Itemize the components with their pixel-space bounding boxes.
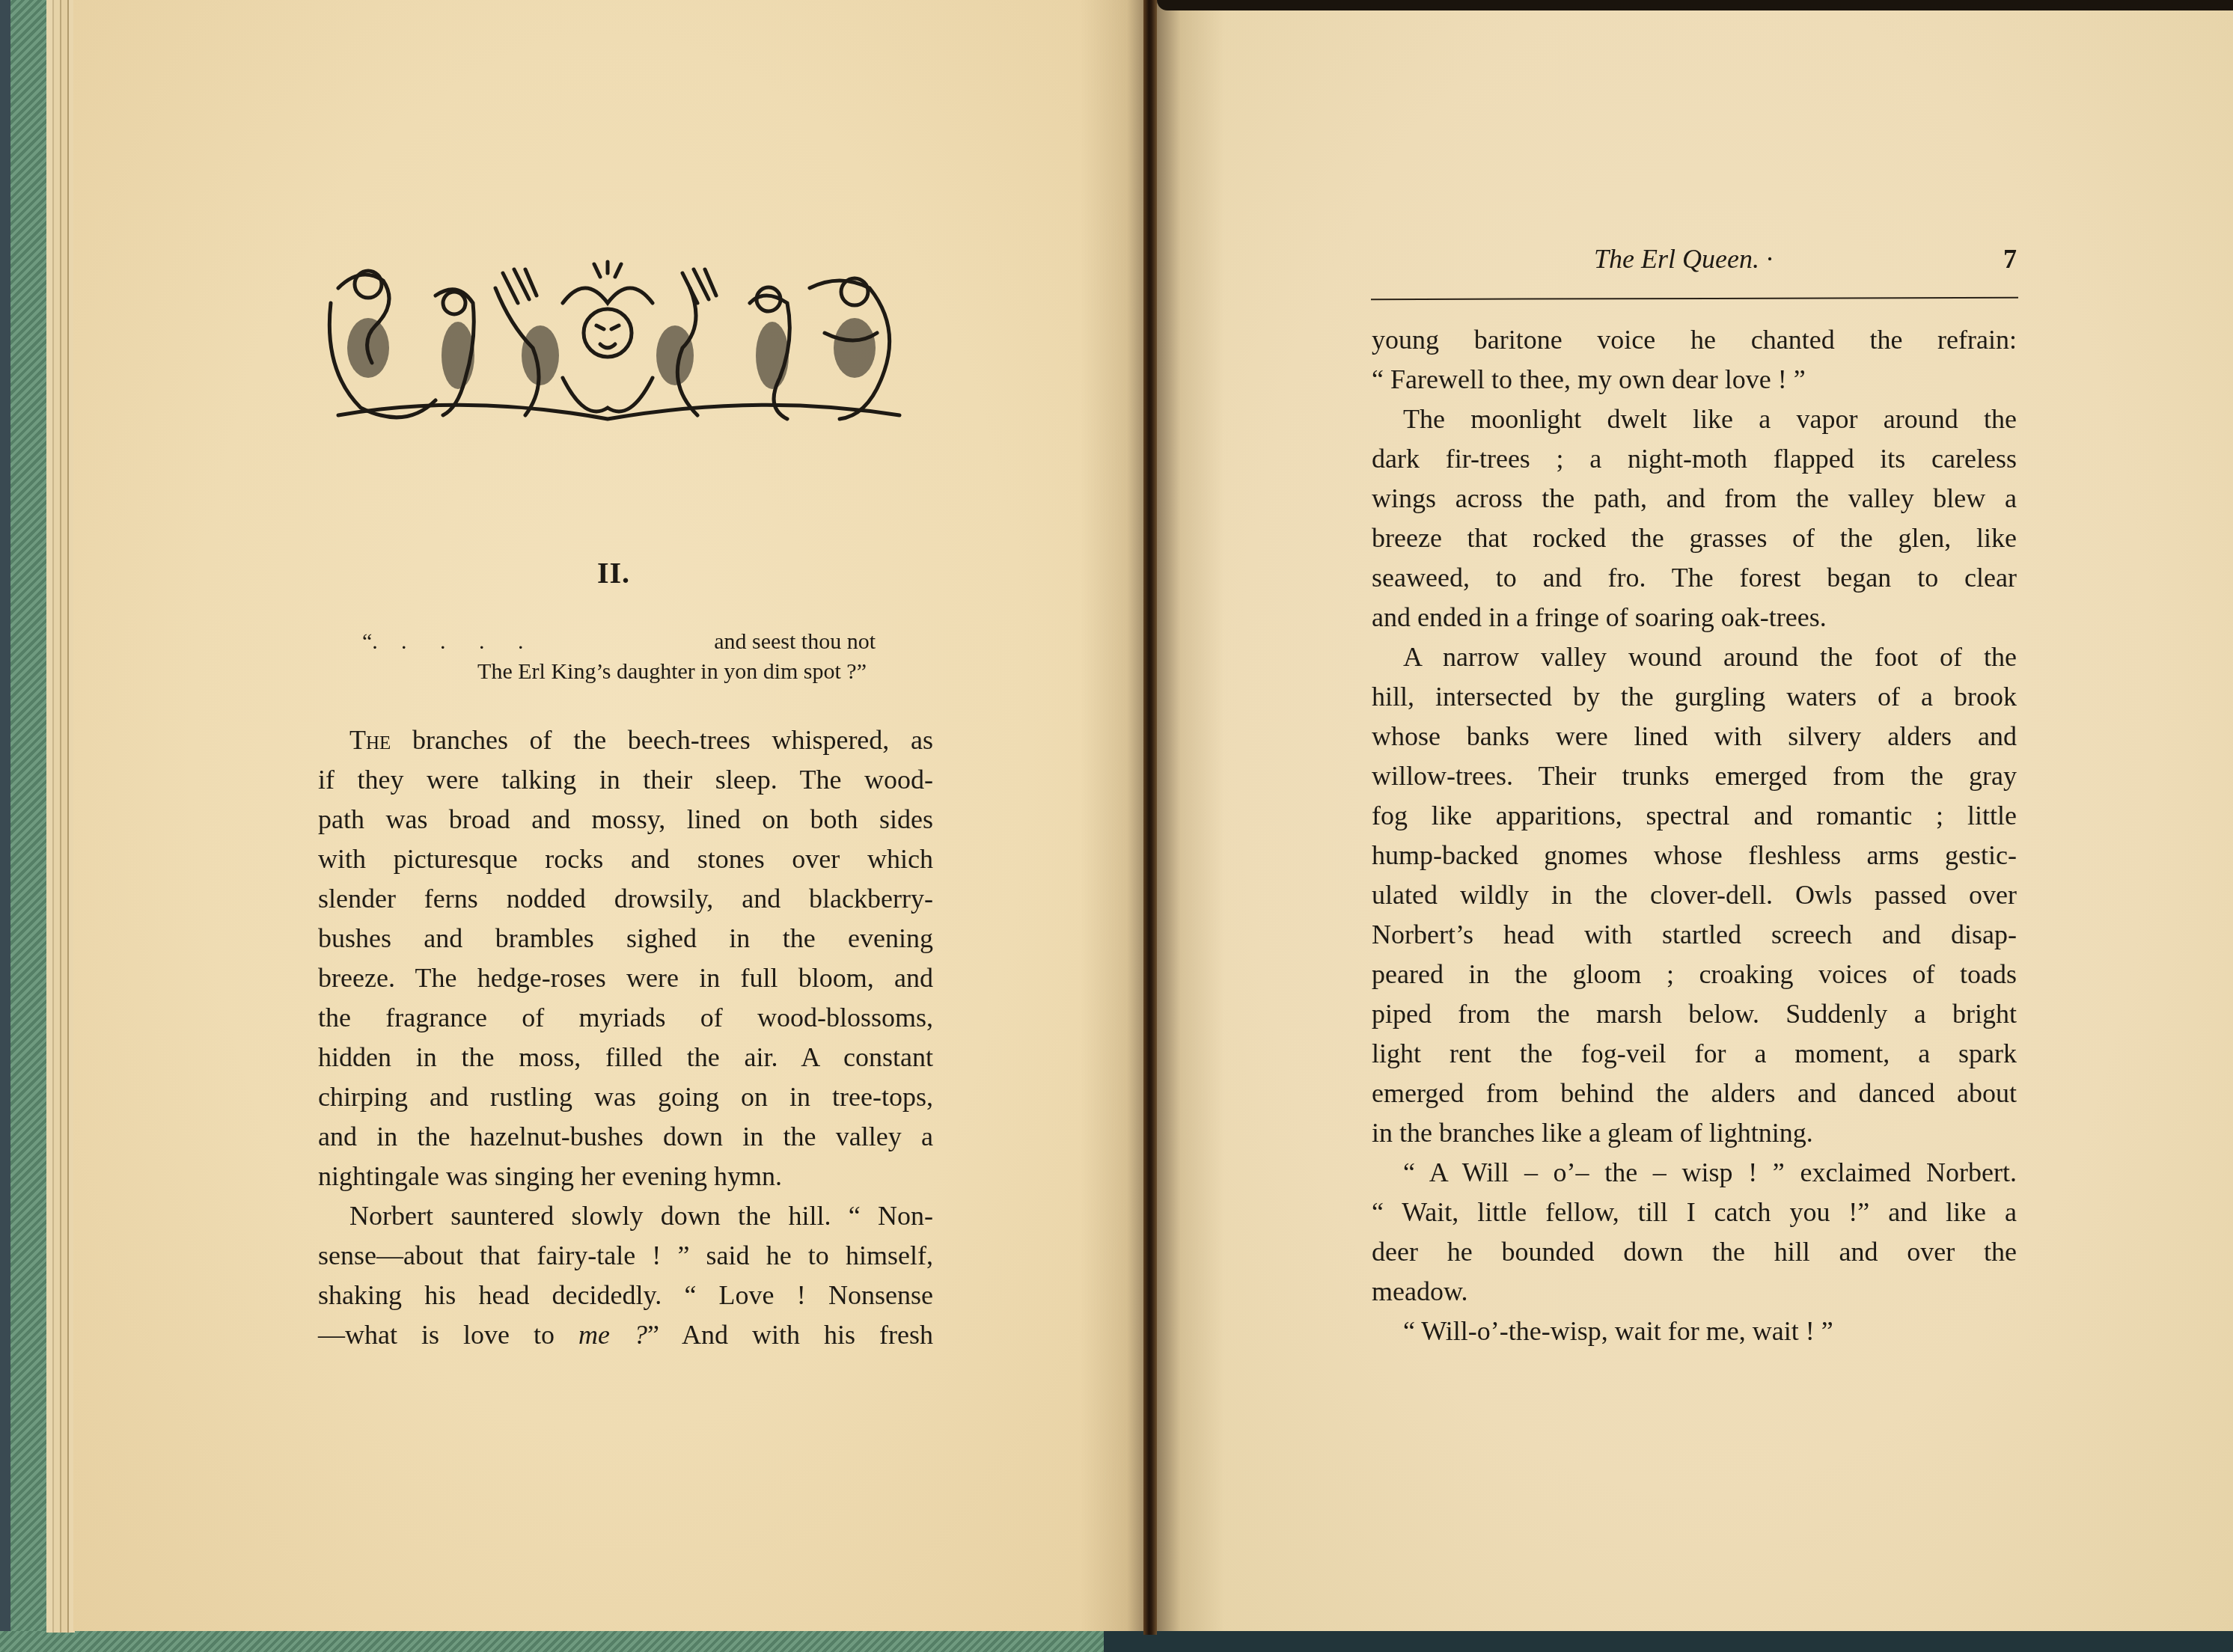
text-line: bushes and brambles sighed in the evenin… (318, 919, 933, 958)
text-line: seaweed, to and fro. The forest began to… (1372, 558, 2017, 598)
book-cover-cloth-bottom (0, 1631, 1104, 1652)
text-line: shaking his head decidedly. “ Love ! Non… (318, 1276, 933, 1315)
text-line: with picturesque rocks and stones over w… (318, 839, 933, 879)
text-line: —what is love to me ?” And with his fres… (318, 1315, 933, 1355)
running-head-title: The Erl Queen. · (1594, 243, 1773, 275)
text-line: chirping and rustling was going on in tr… (318, 1077, 933, 1117)
text-line: whose banks were lined with silvery alde… (1372, 717, 2017, 756)
book-cover-cloth-left (0, 0, 52, 1652)
text-line: hill, intersected by the gurgling waters… (1372, 677, 2017, 717)
text-line: hidden in the moss, filled the air. A co… (318, 1038, 933, 1077)
scan-background-bottom (1104, 1630, 2233, 1652)
text-line: The moonlight dwelt like a vapor around … (1372, 400, 2017, 439)
text-line: light rent the fog-veil for a moment, a … (1372, 1034, 2017, 1074)
right-page-body: young baritone voice he chanted the refr… (1372, 320, 2017, 1351)
epigraph-ellipsis: “..... (362, 627, 557, 657)
running-head: The Erl Queen. · 7 (1373, 243, 2017, 281)
text-line: meadow. (1372, 1272, 2017, 1312)
page-number: 7 (2003, 243, 2017, 275)
emphasis: me ? (578, 1320, 647, 1350)
chapter-number: II. (0, 555, 1227, 590)
text-line: young baritone voice he chanted the refr… (1372, 320, 2017, 360)
drop-word: The (349, 725, 391, 755)
text-line: breeze. The hedge-roses were in full blo… (318, 958, 933, 998)
left-page-body: The branches of the beech-trees whispere… (318, 721, 933, 1355)
text-line: emerged from behind the alders and dance… (1372, 1074, 2017, 1113)
text-line: hump-backed gnomes whose fleshless arms … (1372, 836, 2017, 875)
text-line: Norbert’s head with startled screech and… (1372, 915, 2017, 955)
epigraph: “..... and seest thou not The Erl King’s… (352, 627, 876, 687)
text-line: peared in the gloom ; croaking voices of… (1372, 955, 2017, 994)
text-line: Norbert sauntered slowly down the hill. … (318, 1196, 933, 1236)
epigraph-line-1: “..... and seest thou not (352, 627, 876, 657)
text-line: and ended in a fringe of soaring oak-tre… (1372, 598, 2017, 637)
text-line: nightingale was singing her evening hymn… (318, 1157, 933, 1196)
epigraph-line-2: The Erl King’s daughter in yon dim spot … (352, 657, 876, 687)
text-line: “ Will-o’-the-wisp, wait for me, wait ! … (1372, 1312, 2017, 1351)
text-line: “ Farewell to thee, my own dear love ! ” (1372, 360, 2017, 400)
page-edges-stack (46, 0, 75, 1633)
text-line: in the branches like a gleam of lightnin… (1372, 1113, 2017, 1153)
text-line: ulated wildly in the clover-dell. Owls p… (1372, 875, 2017, 915)
text-line: “ Wait, little fellow, till I catch you … (1372, 1193, 2017, 1232)
text-line: “ A Will – o’– the – wisp ! ” exclaimed … (1372, 1153, 2017, 1193)
scan-shadow-top (1157, 0, 2233, 10)
text-line: A narrow valley wound around the foot of… (1372, 637, 2017, 677)
text-line: path was broad and mossy, lined on both … (318, 800, 933, 839)
text-line: if they were talking in their sleep. The… (318, 760, 933, 800)
text-line: piped from the marsh below. Suddenly a b… (1372, 994, 2017, 1034)
text-line: the fragrance of myriads of wood-blossom… (318, 998, 933, 1038)
woodcut-headpiece-icon (316, 258, 911, 430)
text-line: sense—about that fairy-tale ! ” said he … (318, 1236, 933, 1276)
text-line: willow-trees. Their trunks emerged from … (1372, 756, 2017, 796)
text-line: slender ferns nodded drowsily, and black… (318, 879, 933, 919)
epigraph-line-1-text: and seest thou not (714, 627, 876, 657)
text-line: The branches of the beech-trees whispere… (318, 721, 933, 760)
text-line: breeze that rocked the grasses of the gl… (1372, 518, 2017, 558)
text-line: deer he bounded down the hill and over t… (1372, 1232, 2017, 1272)
text-line: and in the hazelnut-bushes down in the v… (318, 1117, 933, 1157)
text-line: wings across the path, and from the vall… (1372, 479, 2017, 518)
book-gutter (1143, 0, 1157, 1635)
text-line: dark fir-trees ; a night-moth flapped it… (1372, 439, 2017, 479)
text-line: fog like apparitions, spectral and roman… (1372, 796, 2017, 836)
